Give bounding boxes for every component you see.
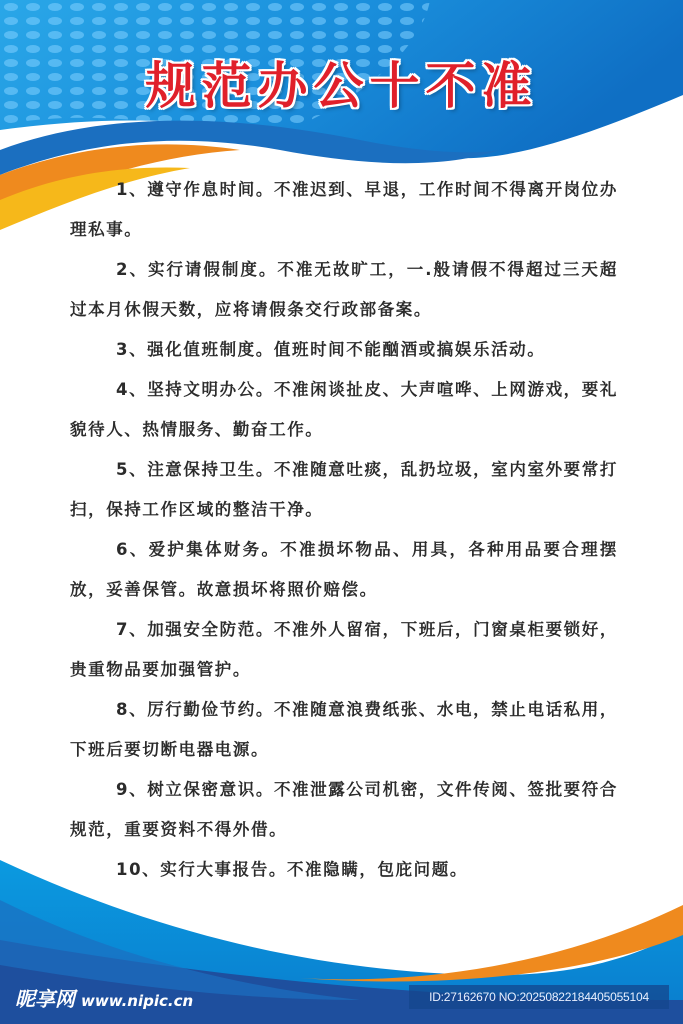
rule-item-6: 6、爱护集体财务。不准损坏物品、用具，各种用品要合理摆放，妥善保管。故意损坏将照… [70,530,618,610]
watermark-logo: 昵享网www.nipic.cn [15,983,193,1012]
rule-item-2: 2、实行请假制度。不准无故旷工，一.般请假不得超过三天超过本月休假天数，应将请假… [70,250,618,330]
rule-item-5: 5、注意保持卫生。不准随意吐痰，乱扔垃圾，室内室外要常打扫，保持工作区域的整洁干… [70,450,618,530]
rule-item-4: 4、坚持文明办公。不准闲谈扯皮、大声喧哗、上网游戏，要礼貌待人、热情服务、勤奋工… [70,370,618,450]
rule-item-7: 7、加强安全防范。不准外人留宿，下班后，门窗桌柜要锁好，贵重物品要加强管护。 [70,610,618,690]
watermark-logo-text: 昵享网 [15,987,75,1011]
rules-list: 1、遵守作息时间。不准迟到、早退，工作时间不得离开岗位办理私事。 2、实行请假制… [70,170,618,890]
rule-item-8: 8、厉行勤俭节约。不准随意浪费纸张、水电，禁止电话私用，下班后要切断电器电源。 [70,690,618,770]
rule-item-3: 3、强化值班制度。值班时间不能酗酒或搞娱乐活动。 [70,330,618,370]
poster-title: 规范办公十不准 [0,46,683,118]
watermark-id: ID:27162670 NO:20250822184405055104 [409,985,669,1009]
rule-item-1: 1、遵守作息时间。不准迟到、早退，工作时间不得离开岗位办理私事。 [70,170,618,250]
rule-item-9: 9、树立保密意识。不准泄露公司机密，文件传阅、签批要符合规范，重要资料不得外借。 [70,770,618,850]
watermark-url: www.nipic.cn [81,992,193,1010]
rule-item-10: 10、实行大事报告。不准隐瞒，包庇问题。 [70,850,618,890]
